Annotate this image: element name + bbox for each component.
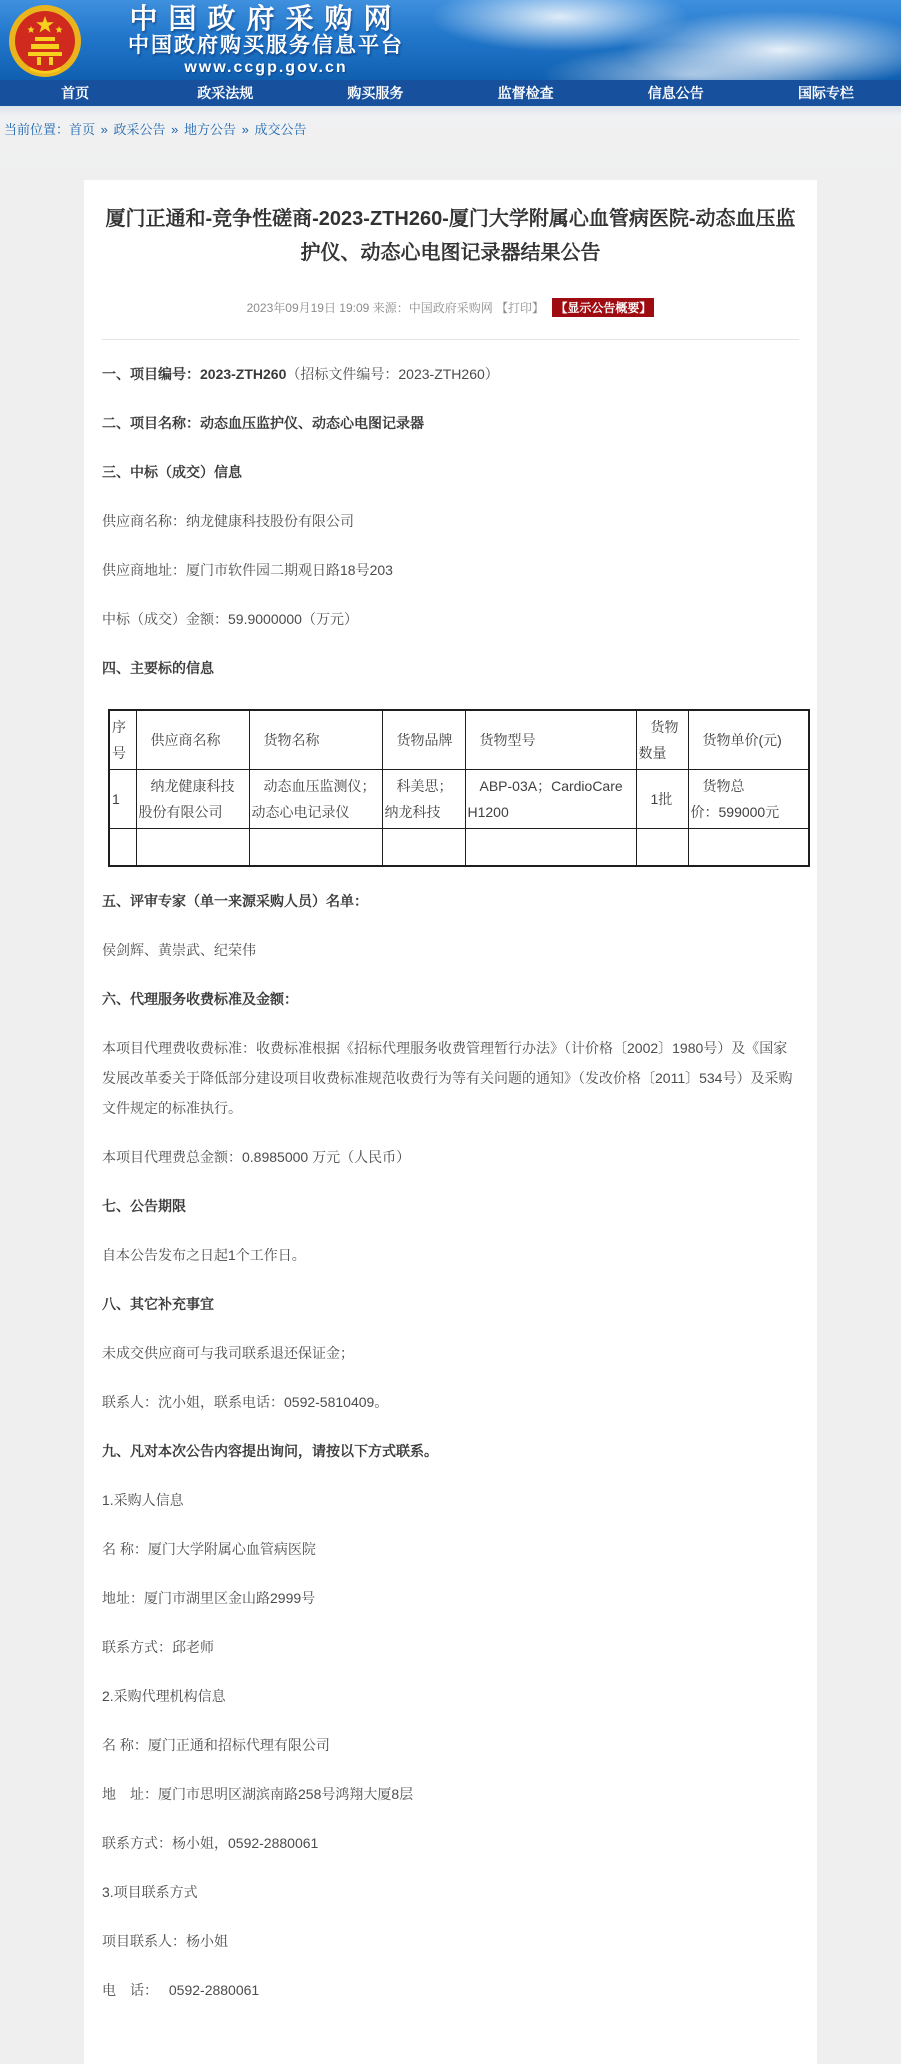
nav-item-3[interactable]: 购买服务 xyxy=(300,80,450,106)
table-cell xyxy=(636,829,688,867)
table-cell xyxy=(249,829,382,867)
site-header: 中国政府采购网 中国政府购买服务信息平台 www.ccgp.gov.cn xyxy=(0,0,901,80)
table-header-cell: 序号 xyxy=(109,710,136,770)
table-cell: 1批 xyxy=(636,770,688,829)
breadcrumb-separator: » xyxy=(168,122,182,137)
paragraph: 3.项目联系方式 xyxy=(102,1877,799,1907)
paragraph: 七、公告期限 xyxy=(102,1191,799,1221)
table-header-cell: 货物单价(元) xyxy=(688,710,809,770)
paragraph: 联系方式：邱老师 xyxy=(102,1632,799,1662)
table-cell xyxy=(465,829,636,867)
publish-date: 2023年09月19日 19:09 xyxy=(247,301,370,315)
table-cell: 1 xyxy=(109,770,136,829)
main-nav: 首页政采法规购买服务监督检查信息公告国际专栏 xyxy=(0,80,901,106)
table-row: 1纳龙健康科技 股份有限公司动态血压监测仪； 动态心电记录仪科美思； 纳龙科技A… xyxy=(109,770,809,829)
goods-table-head: 序号供应商名称货物名称货物品牌货物型号货物 数量货物单价(元) xyxy=(109,710,809,770)
site-title: 中国政府采购网 xyxy=(90,4,442,34)
table-cell: ABP-03A；CardioCare H1200 xyxy=(465,770,636,829)
breadcrumb-link-4[interactable]: 成交公告 xyxy=(254,122,306,137)
nav-item-2[interactable]: 政采法规 xyxy=(150,80,300,106)
paragraph: 六、代理服务收费标准及金额： xyxy=(102,984,799,1014)
table-cell: 货物总 价：599000元 xyxy=(688,770,809,829)
paragraph: 中标（成交）金额：59.9000000（万元） xyxy=(102,604,799,634)
breadcrumb-link-1[interactable]: 首页 xyxy=(69,122,95,137)
nav-item-1[interactable]: 首页 xyxy=(0,80,150,106)
paragraph: 一、项目编号：2023-ZTH260（招标文件编号：2023-ZTH260） xyxy=(102,359,799,389)
paragraph: 五、评审专家（单一来源采购人员）名单： xyxy=(102,886,799,916)
paragraph: 联系方式：杨小姐，0592-2880061 xyxy=(102,1828,799,1858)
table-cell xyxy=(382,829,465,867)
breadcrumb-bar: 当前位置：首页 » 政采公告 » 地方公告 » 成交公告 xyxy=(0,106,901,180)
paragraph: 名 称：厦门大学附属心血管病医院 xyxy=(102,1534,799,1564)
table-row xyxy=(109,829,809,867)
paragraph: 项目联系人：杨小姐 xyxy=(102,1926,799,1956)
breadcrumb-link-2[interactable]: 政采公告 xyxy=(114,122,166,137)
table-header-cell: 货物名称 xyxy=(249,710,382,770)
page-title: 厦门正通和-竞争性磋商-2023-ZTH260-厦门大学附属心血管病医院-动态血… xyxy=(102,202,799,270)
paragraph: 电 话： 0592-2880061 xyxy=(102,1975,799,2005)
table-cell: 科美思； 纳龙科技 xyxy=(382,770,465,829)
paragraph: 自本公告发布之日起1个工作日。 xyxy=(102,1240,799,1270)
paragraph: 2.采购代理机构信息 xyxy=(102,1681,799,1711)
paragraph: 三、中标（成交）信息 xyxy=(102,457,799,487)
breadcrumb-separator: » xyxy=(97,122,111,137)
table-cell xyxy=(109,829,136,867)
table-header-cell: 货物品牌 xyxy=(382,710,465,770)
page: 中国政府采购网 中国政府购买服务信息平台 www.ccgp.gov.cn 首页政… xyxy=(0,0,901,2064)
table-cell xyxy=(688,829,809,867)
paragraph: 九、凡对本次公告内容提出询问，请按以下方式联系。 xyxy=(102,1436,799,1466)
nav-item-6[interactable]: 国际专栏 xyxy=(751,80,901,106)
article-panel: 厦门正通和-竞争性磋商-2023-ZTH260-厦门大学附属心血管病医院-动态血… xyxy=(84,180,817,2064)
paragraph: 地址：厦门市湖里区金山路2999号 xyxy=(102,1583,799,1613)
body-after-table: 五、评审专家（单一来源采购人员）名单：侯剑辉、黄崇武、纪荣伟六、代理服务收费标准… xyxy=(102,886,799,2005)
goods-table: 序号供应商名称货物名称货物品牌货物型号货物 数量货物单价(元) 1纳龙健康科技 … xyxy=(108,709,810,867)
breadcrumb-separator: » xyxy=(238,122,252,137)
breadcrumb-link-3[interactable]: 地方公告 xyxy=(184,122,236,137)
breadcrumb-label: 当前位置： xyxy=(4,122,69,137)
table-header-cell: 货物型号 xyxy=(465,710,636,770)
national-emblem-icon xyxy=(8,4,82,78)
show-summary-button[interactable]: 【显示公告概要】 xyxy=(552,298,654,317)
table-cell xyxy=(136,829,249,867)
paragraph: 本项目代理费总金额：0.8985000 万元（人民币） xyxy=(102,1142,799,1172)
table-cell: 纳龙健康科技 股份有限公司 xyxy=(136,770,249,829)
source-label: 来源：中国政府采购网 xyxy=(373,301,493,315)
table-cell: 动态血压监测仪； 动态心电记录仪 xyxy=(249,770,382,829)
table-header-row: 序号供应商名称货物名称货物品牌货物型号货物 数量货物单价(元) xyxy=(109,710,809,770)
nav-item-4[interactable]: 监督检查 xyxy=(451,80,601,106)
paragraph: 二、项目名称：动态血压监护仪、动态心电图记录器 xyxy=(102,408,799,438)
article-meta: 2023年09月19日 19:09 来源：中国政府采购网 【打印】 【显示公告概… xyxy=(102,298,799,317)
paragraph: 本项目代理费收费标准：收费标准根据《招标代理服务收费管理暂行办法》（计价格〔20… xyxy=(102,1033,799,1123)
table-header-cell: 货物 数量 xyxy=(636,710,688,770)
paragraph: 供应商名称：纳龙健康科技股份有限公司 xyxy=(102,506,799,536)
body-before-table: 一、项目编号：2023-ZTH260（招标文件编号：2023-ZTH260）二、… xyxy=(102,359,799,683)
table-header-cell: 供应商名称 xyxy=(136,710,249,770)
paragraph: 地 址：厦门市思明区湖滨南路258号鸿翔大厦8层 xyxy=(102,1779,799,1809)
breadcrumb: 当前位置：首页 » 政采公告 » 地方公告 » 成交公告 xyxy=(4,122,306,137)
goods-table-body: 1纳龙健康科技 股份有限公司动态血压监测仪； 动态心电记录仪科美思； 纳龙科技A… xyxy=(109,770,809,867)
site-subtitle: 中国政府购买服务信息平台 xyxy=(90,34,442,58)
site-url: www.ccgp.gov.cn xyxy=(90,58,442,78)
paragraph: 四、主要标的信息 xyxy=(102,653,799,683)
print-button[interactable]: 【打印】 xyxy=(496,301,544,315)
paragraph: 未成交供应商可与我司联系退还保证金； xyxy=(102,1338,799,1368)
paragraph: 1.采购人信息 xyxy=(102,1485,799,1515)
paragraph: 侯剑辉、黄崇武、纪荣伟 xyxy=(102,935,799,965)
paragraph: 联系人：沈小姐，联系电话：0592-5810409。 xyxy=(102,1387,799,1417)
divider xyxy=(102,339,799,340)
paragraph: 名 称：厦门正通和招标代理有限公司 xyxy=(102,1730,799,1760)
paragraph: 供应商地址：厦门市软件园二期观日路18号203 xyxy=(102,555,799,585)
paragraph: 八、其它补充事宜 xyxy=(102,1289,799,1319)
nav-item-5[interactable]: 信息公告 xyxy=(601,80,751,106)
